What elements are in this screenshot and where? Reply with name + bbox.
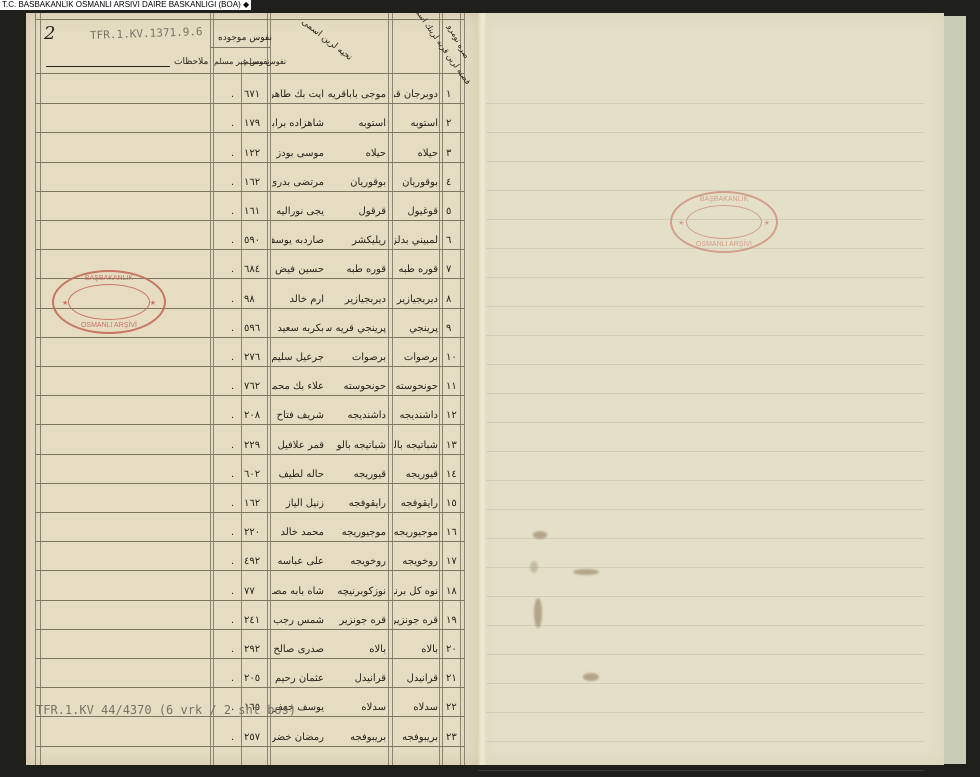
archive-watermark-bar: T.C. BASBAKANLIK OSMANLI ARSIVI DAIRE BA… [0, 0, 251, 10]
stamp-star-icon: ★ [62, 299, 68, 307]
faint-rule [478, 683, 924, 684]
row-muslim-count: ٧٦٢ [244, 381, 260, 392]
stamp-top-text: BAŞBAKANLIK [54, 275, 164, 282]
row-person-name: جرعيل سليم [272, 352, 324, 363]
row-rule [35, 220, 464, 221]
row-sequence-number: ١٣ [446, 440, 457, 451]
row-subdistrict: بريبوفجه [326, 732, 386, 743]
row-village-name: قيوريجه [394, 469, 438, 480]
row-rule [35, 337, 464, 338]
faint-rule [478, 161, 924, 162]
row-muslim-count: ٦٧١ [244, 89, 260, 100]
row-person-name: شاه بابه مصلح [272, 586, 324, 597]
row-person-name: صاردبه يوسف [272, 235, 324, 246]
stamp-star-icon: ★ [150, 299, 156, 307]
pencil-reference-top: TFR.1.KV.1371.9.6 [90, 25, 203, 42]
stain-spot [534, 598, 542, 628]
row-person-name: مرتضى بدرى [272, 177, 324, 188]
row-person-name: بكربه سعيد [272, 323, 324, 334]
column-divider [392, 13, 393, 765]
row-rule [35, 687, 464, 688]
row-non-muslim-dot: . [231, 235, 234, 246]
row-muslim-count: ٥٩٠ [244, 235, 260, 246]
header-subdistrict: نحيه لرين اسمى [299, 17, 354, 63]
row-muslim-count: ٤٩٢ [244, 556, 260, 567]
row-subdistrict: داشنديجه [326, 410, 386, 421]
row-village-name: استوبه [394, 118, 438, 129]
row-sequence-number: ٥ [446, 206, 451, 217]
row-person-name: آيت بك طاهر [272, 89, 324, 100]
row-muslim-count: ٢٠٨ [244, 410, 260, 421]
row-subdistrict: قرانيدل [326, 673, 386, 684]
left-page-register: 2 TFR.1.KV.1371.9.6 ملاحظات نفوس موجوده … [26, 13, 478, 765]
stain-spot [573, 569, 599, 575]
row-person-name: عثمان رحيم [272, 673, 324, 684]
border-line [40, 13, 41, 765]
row-person-name: ارم خالد [272, 294, 324, 305]
row-village-name: رايقوفجه [394, 498, 438, 509]
row-rule [35, 424, 464, 425]
row-rule [35, 541, 464, 542]
row-subdistrict: شباتيجه بالو [326, 440, 386, 451]
row-village-name: دوبرجان قريه [394, 89, 438, 100]
header-remarks: ملاحظات [174, 57, 208, 67]
row-village-name: بوقوريان [394, 177, 438, 188]
faint-rule [478, 538, 924, 539]
row-person-name: رمضان خضر [272, 732, 324, 743]
row-subdistrict: رايقوفجه [326, 498, 386, 509]
row-sequence-number: ١٢ [446, 410, 457, 421]
row-rule [35, 483, 464, 484]
row-person-name: شريف فتاح [272, 410, 324, 421]
row-subdistrict: روخويجه [326, 556, 386, 567]
row-subdistrict: ديربجيازير [326, 294, 386, 305]
stain-spot [583, 673, 599, 681]
row-muslim-count: ٢٥٧ [244, 732, 260, 743]
row-rule [35, 629, 464, 630]
stamp-star-icon: ★ [678, 219, 684, 227]
row-sequence-number: ٢ [446, 118, 451, 129]
row-sequence-number: ١١ [446, 381, 457, 392]
row-person-name: علاء بك محمد [272, 381, 324, 392]
faint-rule [478, 364, 924, 365]
column-divider [439, 13, 440, 765]
row-sequence-number: ١٩ [446, 615, 457, 626]
page-number: 2 [44, 23, 55, 44]
column-divider [267, 13, 268, 765]
row-subdistrict: ريليكشر [326, 235, 386, 246]
row-non-muslim-dot: . [231, 586, 234, 597]
row-rule [35, 395, 464, 396]
row-non-muslim-dot: . [231, 732, 234, 743]
archive-stamp-left: BAŞBAKANLIK OSMANLI ARŞİVİ ★ ★ [52, 270, 166, 334]
row-muslim-count: ٦٨٤ [244, 264, 260, 275]
row-sequence-number: ١٨ [446, 586, 457, 597]
row-sequence-number: ١٤ [446, 469, 457, 480]
row-rule [35, 600, 464, 601]
row-person-name: شاهزاده برآبه يه [272, 118, 324, 129]
row-village-name: قوغيول [394, 206, 438, 217]
row-subdistrict: حونحوسته [326, 381, 386, 392]
row-muslim-count: ٦٠٢ [244, 469, 260, 480]
faint-rule [478, 335, 924, 336]
row-muslim-count: ١٦١ [244, 206, 260, 217]
row-muslim-count: ٢٤١ [244, 615, 260, 626]
row-muslim-count: ٢٧٦ [244, 352, 260, 363]
row-muslim-count: ١٦٢ [244, 177, 260, 188]
row-muslim-count: ٢٢٩ [244, 440, 260, 451]
faint-rule [478, 451, 924, 452]
row-muslim-count: ٥٩٦ [244, 323, 260, 334]
faint-rule [478, 567, 924, 568]
stamp-inner-ring [68, 284, 150, 320]
row-sequence-number: ١٠ [446, 352, 457, 363]
faint-rule [478, 770, 924, 771]
row-non-muslim-dot: . [231, 410, 234, 421]
row-sequence-number: ٢٢ [446, 702, 457, 713]
row-rule [35, 162, 464, 163]
header-bottom-line [35, 73, 464, 74]
faint-rule [478, 480, 924, 481]
row-non-muslim-dot: . [231, 615, 234, 626]
row-subdistrict: استوبه [326, 118, 386, 129]
row-village-name: قوره طبه [394, 264, 438, 275]
row-subdistrict: قوره طبه [326, 264, 386, 275]
row-muslim-count: ١٧٩ [244, 118, 260, 129]
row-non-muslim-dot: . [231, 498, 234, 509]
header-muslim: نفوس مسلم [244, 57, 286, 66]
row-village-name: موجيوريجه [394, 527, 438, 538]
stamp-bottom-text: OSMANLI ARŞİVİ [54, 322, 164, 329]
row-rule [35, 366, 464, 367]
faint-rule [478, 654, 924, 655]
row-village-name: حونحوسته [394, 381, 438, 392]
row-village-name: پرينجي [394, 323, 438, 334]
faint-rule [478, 277, 924, 278]
column-divider [270, 13, 271, 765]
border-line [35, 13, 36, 765]
faint-rule [478, 248, 924, 249]
row-non-muslim-dot: . [231, 673, 234, 684]
row-village-name: نوه كل برنيچه [394, 586, 438, 597]
row-subdistrict: قره جونزير [326, 615, 386, 626]
row-non-muslim-dot: . [231, 440, 234, 451]
faint-rule [478, 712, 924, 713]
row-village-name: سدلاه [394, 702, 438, 713]
row-person-name: محمد خالد [272, 527, 324, 538]
row-village-name: روخويجه [394, 556, 438, 567]
row-non-muslim-dot: . [231, 381, 234, 392]
row-subdistrict: پرينجي قريه سنه [326, 323, 386, 334]
row-person-name: حسين فيض الله [272, 264, 324, 275]
row-non-muslim-dot: . [231, 89, 234, 100]
row-subdistrict: برصوات [326, 352, 386, 363]
row-person-name: زنيل الياز [272, 498, 324, 509]
row-rule [35, 512, 464, 513]
row-subdistrict: موجى باباقريه سنه [326, 89, 386, 100]
row-village-name: حيلاه [394, 148, 438, 159]
row-rule [35, 103, 464, 104]
column-divider [210, 13, 211, 765]
row-non-muslim-dot: . [231, 323, 234, 334]
row-rule [35, 454, 464, 455]
row-subdistrict: سدلاه [326, 702, 386, 713]
row-village-name: بالاه [394, 644, 438, 655]
border-line [464, 13, 465, 765]
row-non-muslim-dot: . [231, 264, 234, 275]
row-muslim-count: ١٦٢ [244, 498, 260, 509]
column-divider [241, 63, 242, 765]
column-divider [213, 13, 214, 765]
row-rule [35, 570, 464, 571]
row-village-name: قره جونزير [394, 615, 438, 626]
row-person-name: قمر علافيل [272, 440, 324, 451]
row-subdistrict: نوزكوبرنيچه [326, 586, 386, 597]
row-sequence-number: ٦ [446, 235, 451, 246]
stamp-top-text: BAŞBAKANLIK [672, 196, 776, 203]
stamp-inner-ring [686, 205, 762, 239]
header-population: نفوس موجوده [218, 33, 272, 43]
row-subdistrict: بالاه [326, 644, 386, 655]
row-non-muslim-dot: . [231, 644, 234, 655]
faint-rule [478, 103, 924, 104]
row-rule [35, 658, 464, 659]
border-line [460, 13, 461, 765]
row-person-name: شمس رجب [272, 615, 324, 626]
stamp-star-icon: ★ [764, 219, 770, 227]
row-muslim-count: ٢٠٥ [244, 673, 260, 684]
faint-rule [478, 219, 924, 220]
remarks-underline [46, 66, 170, 67]
faint-rule [478, 625, 924, 626]
row-non-muslim-dot: . [231, 206, 234, 217]
row-rule [35, 249, 464, 250]
row-sequence-number: ٩ [446, 323, 451, 334]
row-sequence-number: ٢٠ [446, 644, 457, 655]
row-sequence-number: ١ [446, 89, 451, 100]
row-subdistrict: قرقول [326, 206, 386, 217]
row-rule [35, 746, 464, 747]
row-sequence-number: ١٦ [446, 527, 457, 538]
row-muslim-count: ٢٩٢ [244, 644, 260, 655]
faint-rule [478, 509, 924, 510]
row-person-name: موسى بودز [272, 148, 324, 159]
row-village-name: قرانيدل [394, 673, 438, 684]
row-person-name: يجى نوراليه [272, 206, 324, 217]
row-person-name: حاله لطيف [272, 469, 324, 480]
archive-stamp-right: BAŞBAKANLIK OSMANLI ARŞİVİ ★ ★ [670, 191, 778, 253]
row-subdistrict: قيوريجه [326, 469, 386, 480]
header-sub-line [210, 47, 270, 48]
row-muslim-count: ٧٧ [244, 586, 255, 597]
pencil-reference-bottom: TFR.1.KV 44/4370 (6 vrk / 2 sht bos) [36, 703, 296, 717]
row-rule [35, 191, 464, 192]
column-divider [388, 13, 389, 765]
row-village-name: لمبيني بدلز [394, 235, 438, 246]
right-page-blank: BAŞBAKANLIK OSMANLI ARŞİVİ ★ ★ [478, 13, 944, 765]
row-subdistrict: بوقوريان [326, 177, 386, 188]
row-muslim-count: ١٢٢ [244, 148, 260, 159]
faint-rule [478, 422, 924, 423]
stamp-bottom-text: OSMANLI ARŞİVİ [672, 241, 776, 248]
row-village-name: بريبوفجه [394, 732, 438, 743]
row-person-name: على عباسه [272, 556, 324, 567]
row-non-muslim-dot: . [231, 527, 234, 538]
row-sequence-number: ٨ [446, 294, 451, 305]
faint-rule [478, 306, 924, 307]
row-non-muslim-dot: . [231, 469, 234, 480]
faint-rule [478, 190, 924, 191]
row-non-muslim-dot: . [231, 352, 234, 363]
row-village-name: برصوات [394, 352, 438, 363]
row-muslim-count: ٩٨ [244, 294, 255, 305]
row-village-name: داشنديجه [394, 410, 438, 421]
faint-rule [478, 393, 924, 394]
faint-rule [478, 741, 924, 742]
row-sequence-number: ٤ [446, 177, 451, 188]
row-rule [35, 132, 464, 133]
row-sequence-number: ١٥ [446, 498, 457, 509]
faint-rule [478, 132, 924, 133]
row-sequence-number: ٧ [446, 264, 451, 275]
row-village-name: شباتيجه بالو [394, 440, 438, 451]
row-subdistrict: حيلاه [326, 148, 386, 159]
faint-rule [478, 596, 924, 597]
row-muslim-count: ٢٢٠ [244, 527, 260, 538]
row-sequence-number: ٢٣ [446, 732, 457, 743]
row-sequence-number: ٢١ [446, 673, 457, 684]
row-sequence-number: ١٧ [446, 556, 457, 567]
row-non-muslim-dot: . [231, 177, 234, 188]
row-village-name: ديربجيازير [394, 294, 438, 305]
row-non-muslim-dot: . [231, 294, 234, 305]
row-non-muslim-dot: . [231, 118, 234, 129]
row-sequence-number: ٣ [446, 148, 451, 159]
column-divider [442, 13, 443, 765]
header-top-line [35, 19, 464, 20]
row-subdistrict: موجيوريجه [326, 527, 386, 538]
row-non-muslim-dot: . [231, 556, 234, 567]
row-person-name: صدرى صالح [272, 644, 324, 655]
row-non-muslim-dot: . [231, 148, 234, 159]
